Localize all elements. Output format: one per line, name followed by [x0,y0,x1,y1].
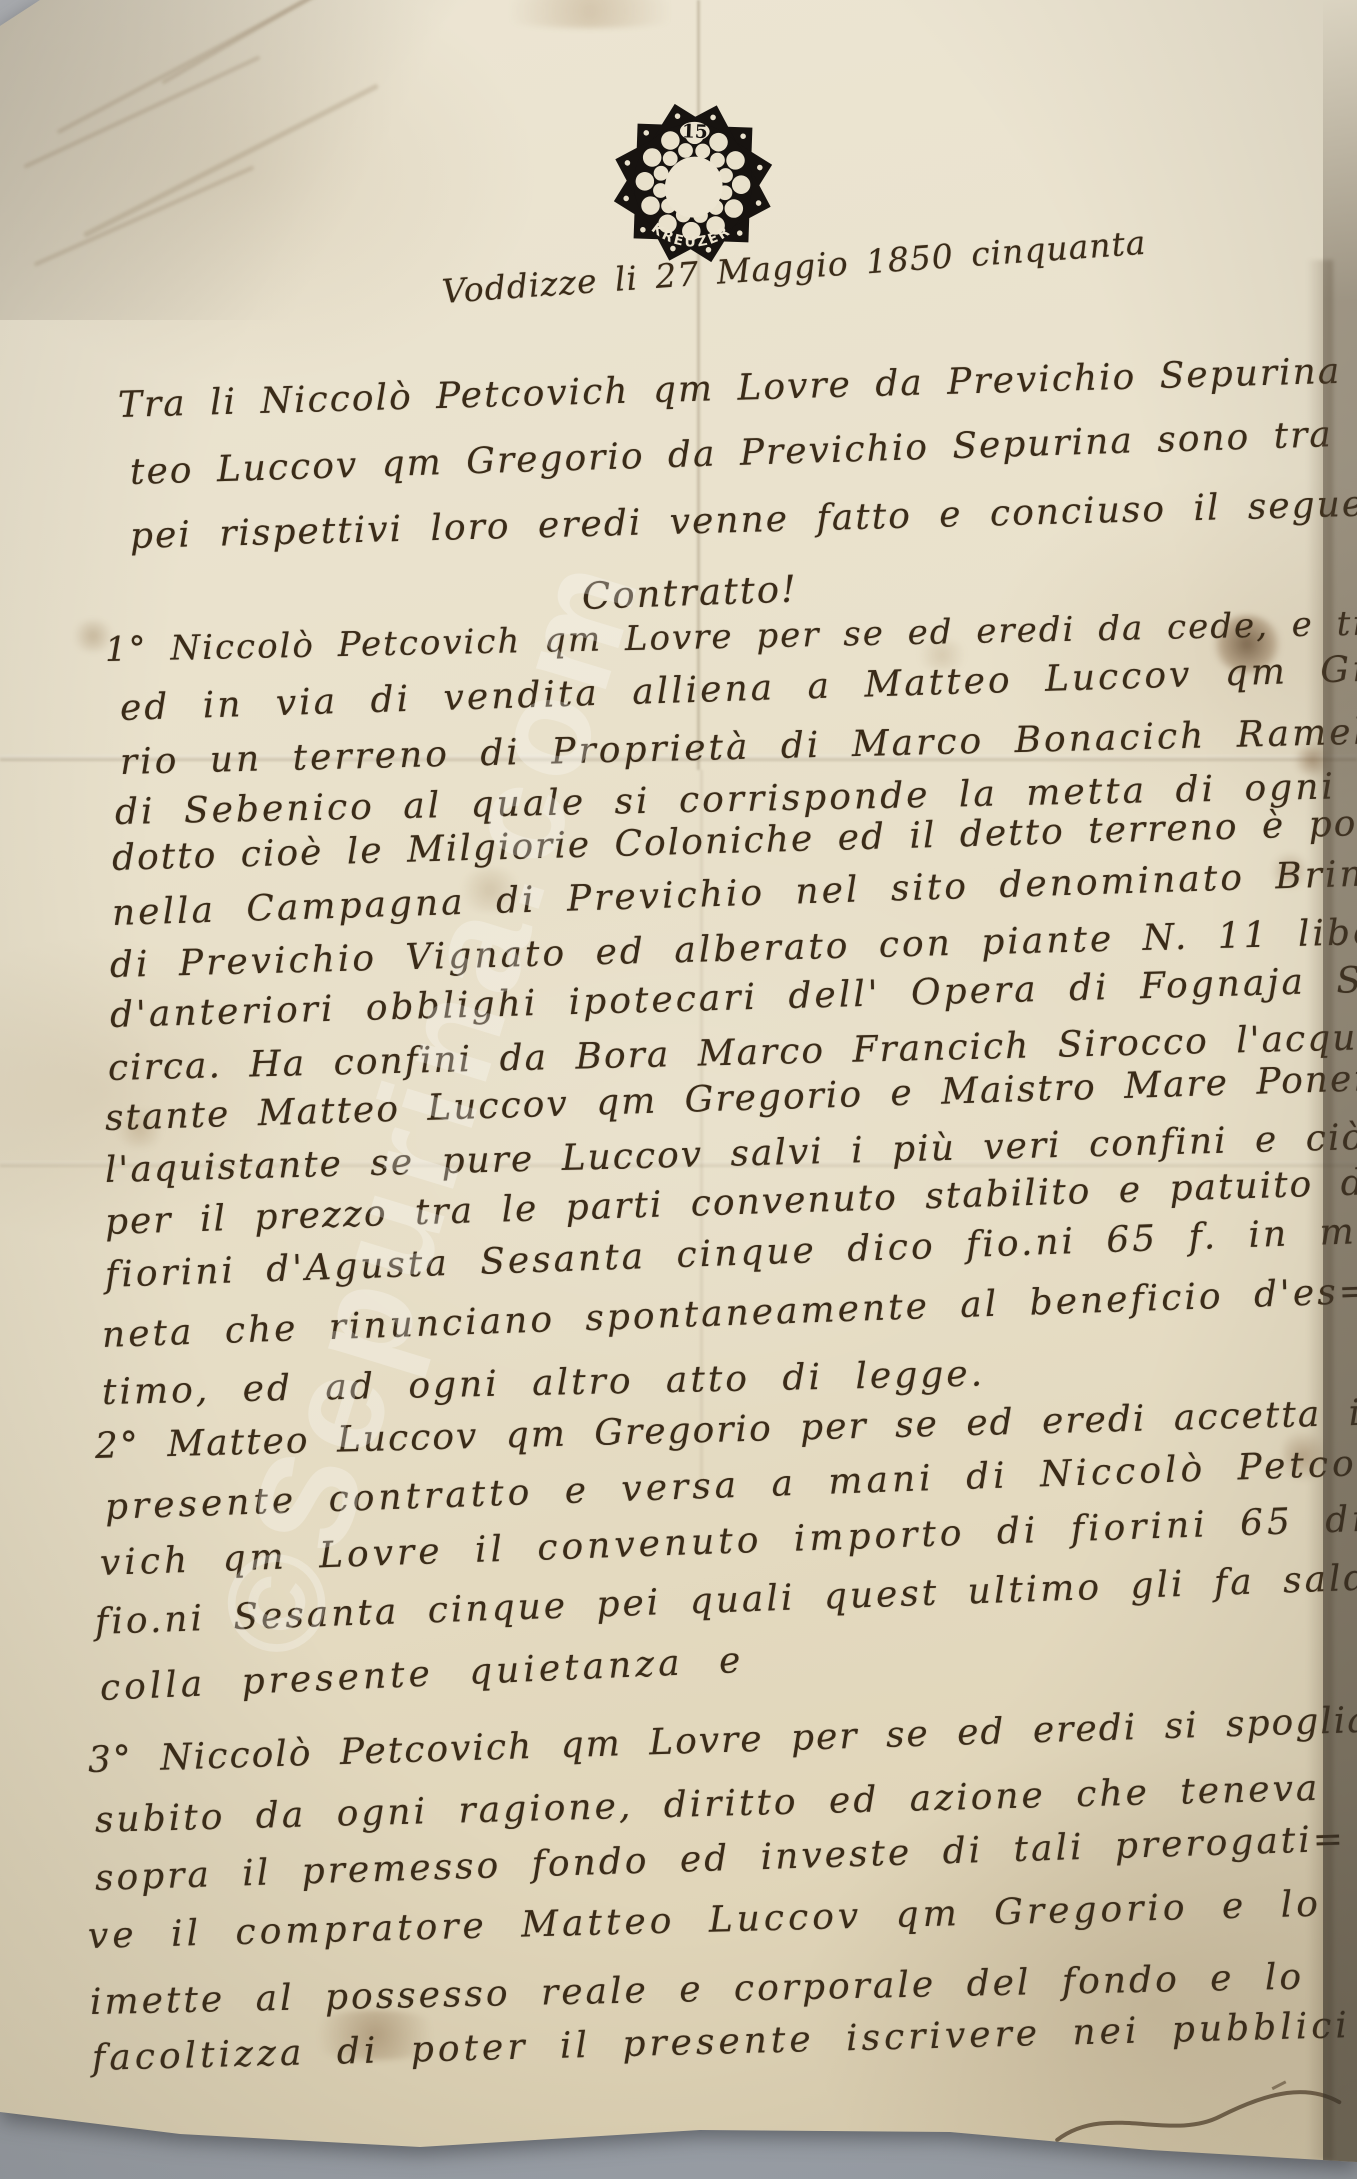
manuscript-line: teo Luccov qm Gregorio da Previchio Sepu… [129,409,1357,492]
manuscript-line: pei rispettivi loro eredi venne fatto e … [129,482,1357,557]
manuscript-dateline: Voddizze li 27 Maggio 1850 cinquanta [441,223,1148,311]
manuscript-line: timo, ed ad ogni altro atto di legge. [102,1354,986,1413]
document-paper: 15 KREUZER Voddizze li 27 Maggio 1850 ci… [0,0,1357,2179]
manuscript-line: colla presente quietanza e [99,1640,745,1709]
paper-wrap: 15 KREUZER Voddizze li 27 Maggio 1850 ci… [0,0,1357,2179]
stamp-value: 15 [682,121,708,143]
ink-flourish [1046,2072,1350,2163]
kreuzer-revenue-stamp: 15 KREUZER [602,92,784,274]
manuscript-line: ve il compratore Matteo Luccov qm Gregor… [87,1884,1322,1957]
photo-background: 15 KREUZER Voddizze li 27 Maggio 1850 ci… [0,0,1357,2179]
page-edge [1323,0,1357,2165]
manuscript-line: 3° Niccolò Petcovich qm Lovre per se ed … [87,1700,1357,1781]
manuscript-line: Tra li Niccolò Petcovich qm Lovre da Pre… [117,346,1357,426]
